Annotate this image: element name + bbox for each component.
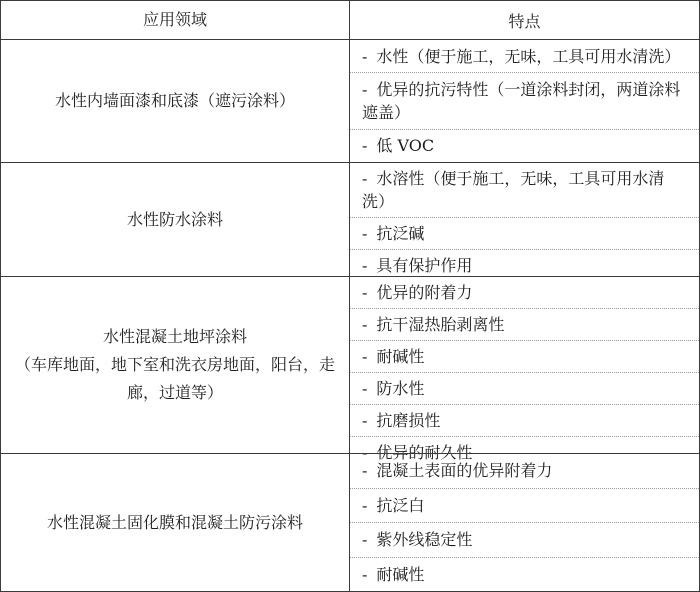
feature-text-line: -低 VOC bbox=[362, 134, 687, 157]
feature-text: 水性（便于施工，无味，工具可用水清洗） bbox=[376, 47, 680, 66]
feature-text-line: -耐碱性 bbox=[362, 345, 687, 368]
dash-bullet: - bbox=[362, 530, 367, 549]
feature-text-line: -抗泛白 bbox=[362, 494, 687, 517]
dash-bullet: - bbox=[362, 315, 367, 334]
dash-bullet: - bbox=[362, 169, 367, 188]
application-area-cell: 水性内墙面漆和底漆（遮污涂料） bbox=[1, 40, 350, 162]
feature-text: 耐碱性 bbox=[376, 347, 424, 366]
column-header-features: 特点 bbox=[350, 1, 699, 39]
feature-text: 耐碱性 bbox=[376, 565, 424, 584]
dash-bullet: - bbox=[362, 136, 367, 155]
dash-bullet: - bbox=[362, 283, 367, 302]
feature-item: -抗干湿热胎剥离性 bbox=[350, 308, 699, 340]
application-area-cell: 水性防水涂料 bbox=[1, 163, 350, 276]
features-cell: -水性（便于施工，无味，工具可用水清洗）-优异的抗污特性（一道涂料封闭，两道涂料… bbox=[350, 40, 699, 162]
feature-text: 低 VOC bbox=[376, 136, 434, 155]
feature-item: -水溶性（便于施工，无味，工具可用水清洗） bbox=[350, 163, 699, 217]
application-area-cell: 水性混凝土固化膜和混凝土防污涂料 bbox=[1, 454, 350, 591]
feature-item: -耐碱性 bbox=[350, 340, 699, 372]
feature-text-line: -抗干湿热胎剥离性 bbox=[362, 313, 687, 336]
feature-text: 防水性 bbox=[376, 379, 424, 398]
dash-bullet: - bbox=[362, 80, 367, 99]
table-row: 水性防水涂料-水溶性（便于施工，无味，工具可用水清洗）-抗泛碱-具有保护作用 bbox=[1, 162, 699, 276]
feature-item: -低 VOC bbox=[350, 129, 699, 162]
table-row: 水性混凝土地坪涂料 （车库地面，地下室和洗衣房地面，阳台，走廊，过道等）-优异的… bbox=[1, 276, 699, 453]
application-features-table: 应用领域 特点 水性内墙面漆和底漆（遮污涂料）-水性（便于施工，无味，工具可用水… bbox=[0, 0, 700, 592]
dash-bullet: - bbox=[362, 347, 367, 366]
feature-item: -优异的附着力 bbox=[350, 277, 699, 308]
feature-item: -耐碱性 bbox=[350, 557, 699, 592]
features-cell: -混凝土表面的优异附着力-抗泛白-紫外线稳定性-耐碱性 bbox=[350, 454, 699, 591]
feature-item: -抗泛碱 bbox=[350, 217, 699, 249]
feature-text: 优异的附着力 bbox=[376, 283, 472, 302]
dash-bullet: - bbox=[362, 411, 367, 430]
feature-text-line: -水性（便于施工，无味，工具可用水清洗） bbox=[362, 45, 687, 68]
feature-text: 具有保护作用 bbox=[376, 256, 472, 275]
feature-item: -紫外线稳定性 bbox=[350, 522, 699, 557]
feature-text: 抗干湿热胎剥离性 bbox=[376, 315, 504, 334]
feature-item: -防水性 bbox=[350, 372, 699, 404]
feature-item: -抗泛白 bbox=[350, 488, 699, 523]
feature-text: 水溶性（便于施工，无味，工具可用水清洗） bbox=[362, 169, 664, 211]
feature-text: 抗泛白 bbox=[376, 496, 424, 515]
feature-text-line: -优异的附着力 bbox=[362, 281, 687, 304]
column-header-application-area: 应用领域 bbox=[1, 1, 350, 39]
feature-text-line: -紫外线稳定性 bbox=[362, 528, 687, 551]
dash-bullet: - bbox=[362, 379, 367, 398]
features-cell: -水溶性（便于施工，无味，工具可用水清洗）-抗泛碱-具有保护作用 bbox=[350, 163, 699, 276]
dash-bullet: - bbox=[362, 565, 367, 584]
features-cell: -优异的附着力-抗干湿热胎剥离性-耐碱性-防水性-抗磨损性-优异的耐久性 bbox=[350, 277, 699, 453]
feature-text: 紫外线稳定性 bbox=[376, 530, 472, 549]
feature-text: 抗泛碱 bbox=[376, 224, 424, 243]
feature-text-line: -抗泛碱 bbox=[362, 222, 687, 245]
dash-bullet: - bbox=[362, 47, 367, 66]
feature-item: -抗磨损性 bbox=[350, 404, 699, 436]
dash-bullet: - bbox=[362, 224, 367, 243]
feature-text-line: -水溶性（便于施工，无味，工具可用水清洗） bbox=[362, 167, 687, 213]
feature-text: 混凝土表面的优异附着力 bbox=[376, 461, 552, 480]
feature-text-line: -具有保护作用 bbox=[362, 254, 687, 277]
feature-text-line: -抗磨损性 bbox=[362, 409, 687, 432]
table-header-row: 应用领域 特点 bbox=[1, 1, 699, 39]
feature-text-line: -优异的抗污特性（一道涂料封闭，两道涂料遮盖） bbox=[362, 78, 687, 124]
feature-text-line: -耐碱性 bbox=[362, 563, 687, 586]
feature-item: -水性（便于施工，无味，工具可用水清洗） bbox=[350, 40, 699, 72]
table-row: 水性混凝土固化膜和混凝土防污涂料-混凝土表面的优异附着力-抗泛白-紫外线稳定性-… bbox=[1, 453, 699, 591]
feature-text: 优异的抗污特性（一道涂料封闭，两道涂料遮盖） bbox=[362, 80, 680, 122]
dash-bullet: - bbox=[362, 461, 367, 480]
feature-text: 抗磨损性 bbox=[376, 411, 440, 430]
table-row: 水性内墙面漆和底漆（遮污涂料）-水性（便于施工，无味，工具可用水清洗）-优异的抗… bbox=[1, 39, 699, 162]
feature-text-line: -混凝土表面的优异附着力 bbox=[362, 459, 687, 482]
dash-bullet: - bbox=[362, 496, 367, 515]
feature-item: -优异的抗污特性（一道涂料封闭，两道涂料遮盖） bbox=[350, 72, 699, 128]
feature-text-line: -防水性 bbox=[362, 377, 687, 400]
application-area-cell: 水性混凝土地坪涂料 （车库地面，地下室和洗衣房地面，阳台，走廊，过道等） bbox=[1, 277, 350, 453]
dash-bullet: - bbox=[362, 256, 367, 275]
feature-item: -混凝土表面的优异附着力 bbox=[350, 454, 699, 488]
